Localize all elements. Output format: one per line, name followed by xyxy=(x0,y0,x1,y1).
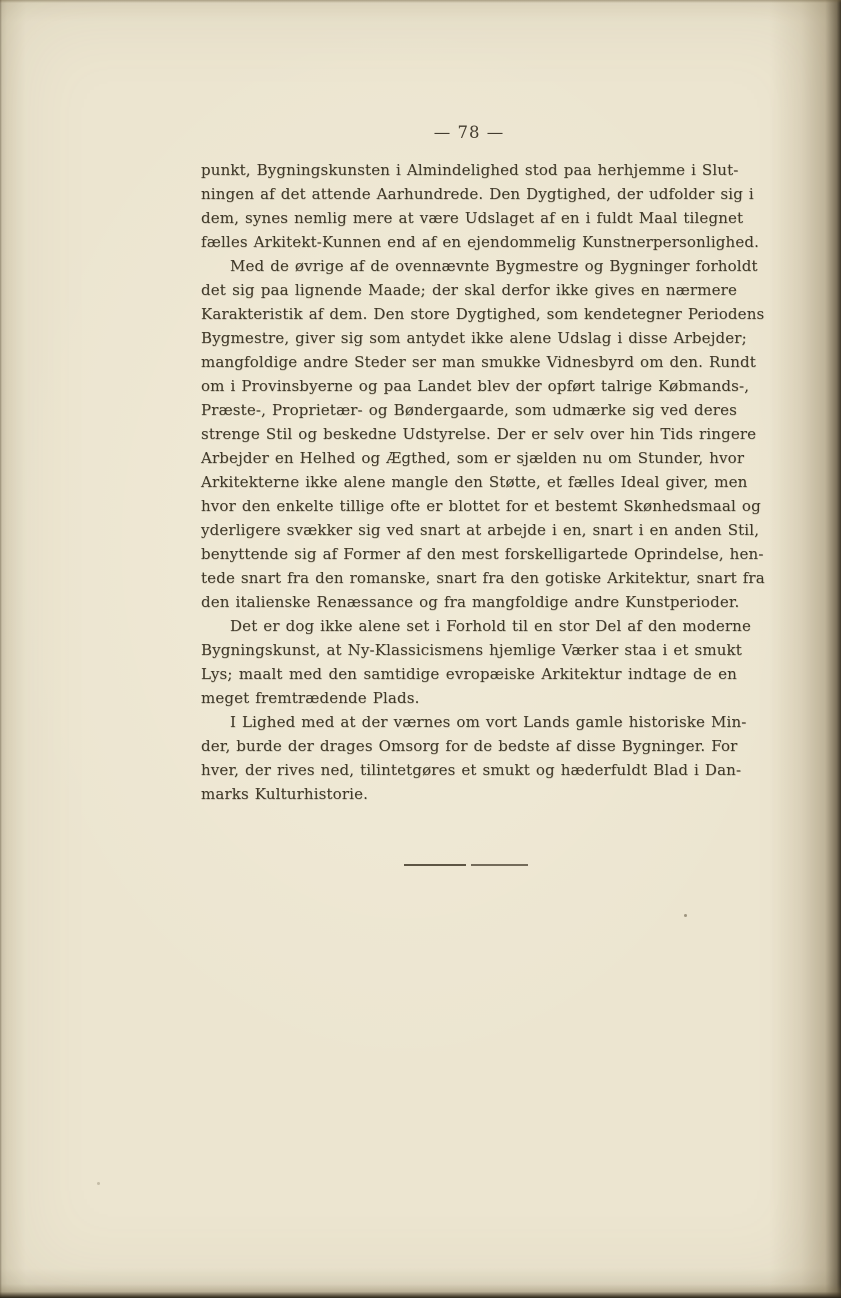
text-line: Arkitekterne ikke alene mangle den Støtt… xyxy=(201,470,737,494)
text-line: det sig paa lignende Maade; der skal der… xyxy=(201,278,737,302)
scan-speck xyxy=(97,1182,100,1185)
text-line: den italienske Renæssance og fra mangfol… xyxy=(201,590,737,614)
text-line: Lys; maalt med den samtidige evropæiske … xyxy=(201,662,737,686)
text-line: fælles Arkitekt-Kunnen end af en ejendom… xyxy=(201,230,737,254)
divider-segment-left xyxy=(404,864,466,866)
text-line: Bygningskunst, at Ny-Klassicismens hjeml… xyxy=(201,638,737,662)
text-line: Bygmestre, giver sig som antydet ikke al… xyxy=(201,326,737,350)
text-line: Med de øvrige af de ovennævnte Bygmestre… xyxy=(201,254,737,278)
page-edge-shadow-right xyxy=(769,0,841,1298)
page-number: — 78 — xyxy=(201,123,737,142)
text-line: marks Kulturhistorie. xyxy=(201,782,737,806)
scanned-book-page: — 78 — punkt, Bygningskunsten i Almindel… xyxy=(0,0,841,1298)
page-edge-shadow-bottom xyxy=(0,1284,841,1298)
body-text-block: punkt, Bygningskunsten i Almindelighed s… xyxy=(201,158,737,806)
text-line: strenge Stil og beskedne Udstyrelse. Der… xyxy=(201,422,737,446)
text-line: dem, synes nemlig mere at være Udslaget … xyxy=(201,206,737,230)
page-edge-shadow-top xyxy=(0,0,841,3)
page-edge-shadow-left xyxy=(0,0,26,1298)
text-line: punkt, Bygningskunsten i Almindelighed s… xyxy=(201,158,737,182)
text-line: Arbejder en Helhed og Ægthed, som er sjæ… xyxy=(201,446,737,470)
text-line: Det er dog ikke alene set i Forhold til … xyxy=(201,614,737,638)
text-line: meget fremtrædende Plads. xyxy=(201,686,737,710)
text-line: hvor den enkelte tillige ofte er blottet… xyxy=(201,494,737,518)
scan-speck xyxy=(684,914,687,917)
text-line: der, burde der drages Omsorg for de beds… xyxy=(201,734,737,758)
text-line: hver, der rives ned, tilintetgøres et sm… xyxy=(201,758,737,782)
section-divider-rule xyxy=(404,864,528,866)
text-line: tede snart fra den romanske, snart fra d… xyxy=(201,566,737,590)
text-line: Præste-, Proprietær- og Bøndergaarde, so… xyxy=(201,398,737,422)
text-line: Karakteristik af dem. Den store Dygtighe… xyxy=(201,302,737,326)
text-line: I Lighed med at der værnes om vort Lands… xyxy=(201,710,737,734)
text-line: mangfoldige andre Steder ser man smukke … xyxy=(201,350,737,374)
text-line: benyttende sig af Former af den mest for… xyxy=(201,542,737,566)
text-line: ningen af det attende Aarhundrede. Den D… xyxy=(201,182,737,206)
divider-segment-right xyxy=(471,864,528,866)
text-line: yderligere svækker sig ved snart at arbe… xyxy=(201,518,737,542)
text-line: om i Provinsbyerne og paa Landet blev de… xyxy=(201,374,737,398)
